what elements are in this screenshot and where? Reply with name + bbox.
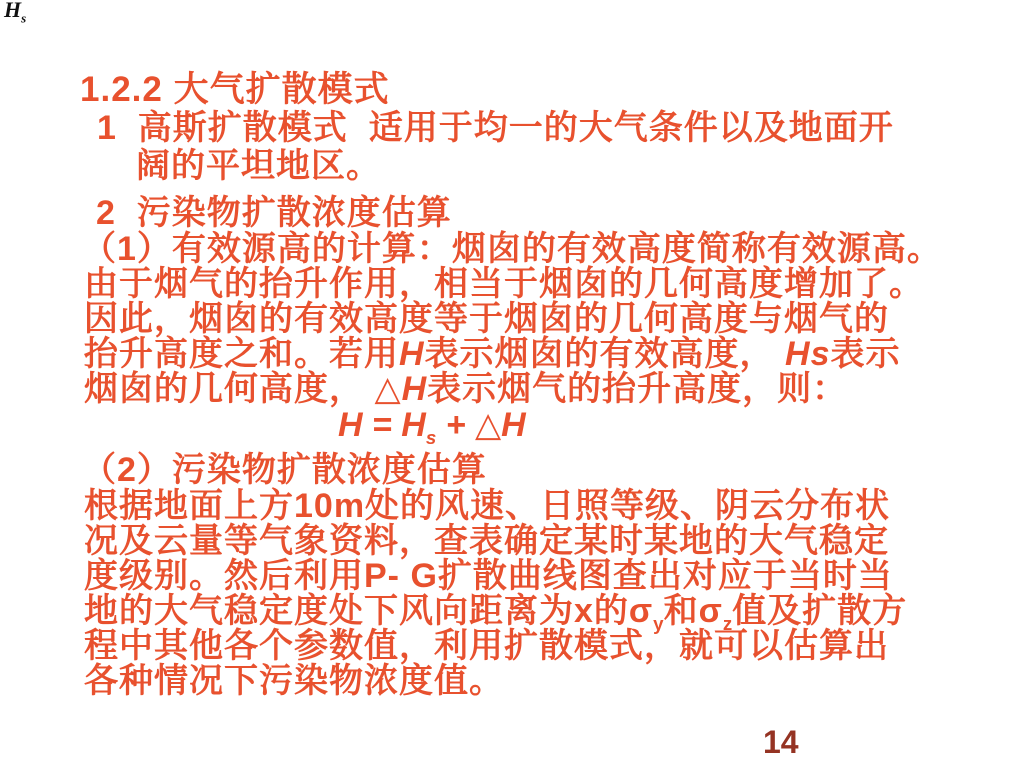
text-segment: 抬升高度之和。若用: [84, 335, 399, 373]
sub-2-heading: （2）污染物扩散浓度估算: [82, 452, 487, 488]
text-segment: 表示: [830, 335, 900, 373]
formula-right: + △H: [436, 406, 525, 444]
sub-1-body-line-4: 烟囱的几何高度， △H表示烟气的抬升高度，则：: [84, 371, 847, 407]
sub-2-body-line-3: 度级别。然后利用P- G扩散曲线图查出对应于当时当: [84, 558, 893, 594]
sub-1-body-line-1: 由于烟气的抬升作用，相当于烟囱的几何高度增加了。: [84, 266, 924, 302]
item-2-heading: 2 污染物扩散浓度估算: [96, 195, 452, 231]
sub-1-heading: （1）有效源高的计算：烟囱的有效高度简称有效源高。: [82, 231, 942, 267]
variable-delta-H: △H: [374, 370, 427, 408]
sub-1-body-line-3: 抬升高度之和。若用H表示烟囱的有效高度， Hs表示: [84, 336, 900, 372]
text-segment: 表示烟气的抬升高度，则：: [427, 370, 847, 408]
sub-2-body-line-4: 地的大气稳定度处下风向距离为x的σy和σz值及扩散方: [84, 593, 907, 629]
formula-subscript: s: [426, 427, 436, 448]
slide: Hs 1.2.2 大气扩散模式 1 高斯扩散模式 适用于均一的大气条件以及地面开…: [0, 0, 1024, 768]
corner-label: Hs: [4, 0, 26, 22]
text-segment: 和σ: [664, 592, 723, 630]
sub-2-body-line-6: 各种情况下污染物浓度值。: [84, 663, 504, 699]
item-1-line-1: 1 高斯扩散模式 适用于均一的大气条件以及地面开: [97, 110, 894, 146]
sub-1-body-line-2: 因此，烟囱的有效高度等于烟囱的几何高度与烟气的: [84, 301, 889, 337]
variable-H: H: [399, 335, 425, 373]
text-segment: 值及扩散方: [732, 592, 907, 630]
effective-height-formula: H = Hs + △H: [338, 407, 526, 443]
text-segment: 烟囱的几何高度，: [84, 370, 374, 408]
slide-title: 1.2.2 大气扩散模式: [80, 72, 390, 108]
page-number: 14: [763, 724, 799, 760]
text-segment: 表示烟囱的有效高度，: [425, 335, 785, 373]
text-segment: 地的大气稳定度处下风向距离为x的σ: [84, 592, 653, 630]
corner-label-subscript: s: [21, 10, 26, 25]
sub-2-body-line-5: 程中其他各个参数值，利用扩散模式，就可以估算出: [84, 628, 889, 664]
formula-left: H = H: [338, 406, 426, 444]
sub-2-body-line-2: 况及云量等气象资料，查表确定某时某地的大气稳定: [84, 523, 889, 559]
variable-Hs: Hs: [785, 335, 830, 373]
item-1-line-2: 阔的平坦地区。: [136, 148, 381, 184]
corner-label-main: H: [4, 0, 21, 22]
sub-2-body-line-1: 根据地面上方10m处的风速、日照等级、阴云分布状: [84, 488, 890, 524]
